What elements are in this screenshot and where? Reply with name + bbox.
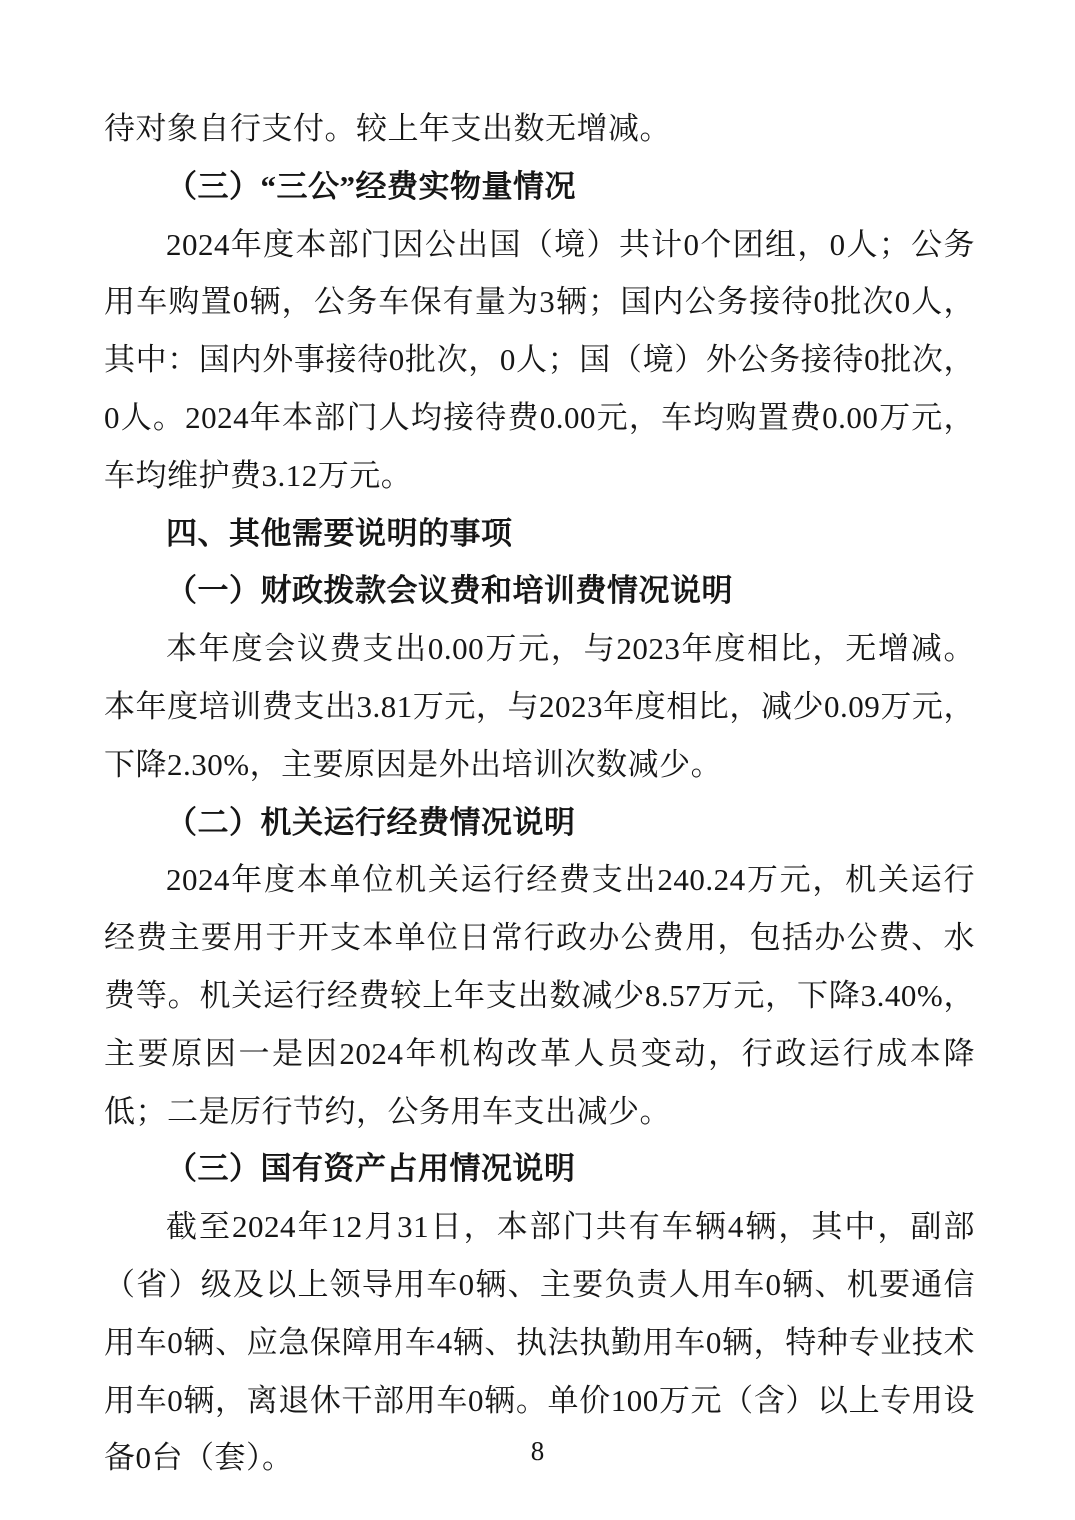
heading-sangong-physical-quantity: （三）“三公”经费实物量情况 <box>104 158 975 216</box>
document-content: 待对象自行支付。较上年支出数无增减。 （三）“三公”经费实物量情况 2024年度… <box>104 100 975 1487</box>
page-footer: 8 <box>0 1436 1075 1467</box>
paragraph-meeting-training-fees: 本年度会议费支出0.00万元，与2023年度相比，无增减。本年度培训费支出3.8… <box>104 620 975 793</box>
paragraph-agency-operating-expenses: 2024年度本单位机关运行经费支出240.24万元，机关运行经费主要用于开支本单… <box>104 851 975 1140</box>
page-number: 8 <box>531 1436 545 1466</box>
paragraph-sangong-statistics: 2024年度本部门因公出国（境）共计0个团组，0人；公务用车购置0辆，公务车保有… <box>104 216 975 505</box>
heading-other-matters: 四、其他需要说明的事项 <box>104 505 975 563</box>
paragraph-carryover-payment: 待对象自行支付。较上年支出数无增减。 <box>104 100 975 158</box>
document-page: 待对象自行支付。较上年支出数无增减。 （三）“三公”经费实物量情况 2024年度… <box>0 0 1075 1520</box>
heading-meeting-training-fees: （一）财政拨款会议费和培训费情况说明 <box>104 562 975 620</box>
heading-agency-operating-expenses: （二）机关运行经费情况说明 <box>104 794 975 852</box>
heading-state-owned-assets: （三）国有资产占用情况说明 <box>104 1140 975 1198</box>
